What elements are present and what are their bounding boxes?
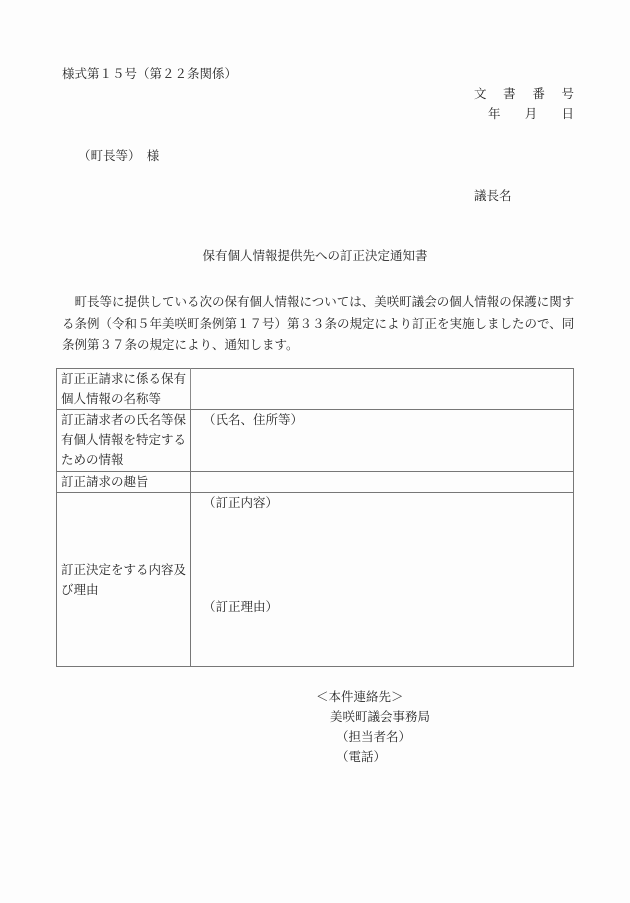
row-label: 訂正決定をする内容及び理由 [57, 493, 191, 667]
spacer [203, 513, 573, 597]
date-day: 日 [561, 104, 574, 124]
contact-heading: ＜本件連絡先＞ [316, 687, 430, 707]
body-paragraph: 町長等に提供している次の保有個人情報については、美咲町議会の個人情報の保護に関す… [62, 291, 582, 356]
date-year: 年 [488, 104, 501, 124]
info-table: 訂正正請求に係る保有個人情報の名称等 訂正請求者の氏名等保有個人情報を特定するた… [56, 368, 574, 667]
contact-phone: （電話） [316, 747, 430, 767]
table-row: 訂正請求の趣旨 [57, 472, 574, 493]
contact-office: 美咲町議会事務局 [316, 707, 430, 727]
table-row: 訂正決定をする内容及び理由 （訂正内容） （訂正理由） [57, 493, 574, 667]
date-line: 年 月 日 [474, 104, 574, 124]
row-value [191, 369, 574, 410]
doc-number-char: 文 [474, 84, 487, 104]
row-label: 訂正正請求に係る保有個人情報の名称等 [57, 369, 191, 410]
doc-number-char: 号 [561, 84, 574, 104]
row-label: 訂正請求者の氏名等保有個人情報を特定するための情報 [57, 410, 191, 472]
chair-name: 議長名 [474, 186, 512, 206]
date-month: 月 [525, 104, 538, 124]
table-row: 訂正請求者の氏名等保有個人情報を特定するための情報 （氏名、住所等） [57, 410, 574, 472]
doc-number-char: 番 [532, 84, 545, 104]
form-number: 様式第１５号（第２２条関係） [62, 64, 237, 84]
contact-person: （担当者名） [316, 727, 430, 747]
body-text: 町長等に提供している次の保有個人情報については、美咲町議会の個人情報の保護に関す… [62, 291, 582, 356]
document-title: 保有個人情報提供先への訂正決定通知書 [0, 246, 630, 266]
row-value [191, 472, 574, 493]
correction-content-label: （訂正内容） [203, 493, 573, 513]
correction-reason-label: （訂正理由） [203, 597, 573, 617]
doc-number-char: 書 [503, 84, 516, 104]
addressee: （町長等） 様 [78, 146, 159, 166]
contact-block: ＜本件連絡先＞ 美咲町議会事務局 （担当者名） （電話） [316, 687, 430, 767]
row-value: （氏名、住所等） [191, 410, 574, 472]
table-row: 訂正正請求に係る保有個人情報の名称等 [57, 369, 574, 410]
row-label: 訂正請求の趣旨 [57, 472, 191, 493]
doc-number-line: 文 書 番 号 [474, 84, 574, 104]
row-value: （訂正内容） （訂正理由） [191, 493, 574, 667]
doc-number-block: 文 書 番 号 年 月 日 [474, 84, 574, 124]
